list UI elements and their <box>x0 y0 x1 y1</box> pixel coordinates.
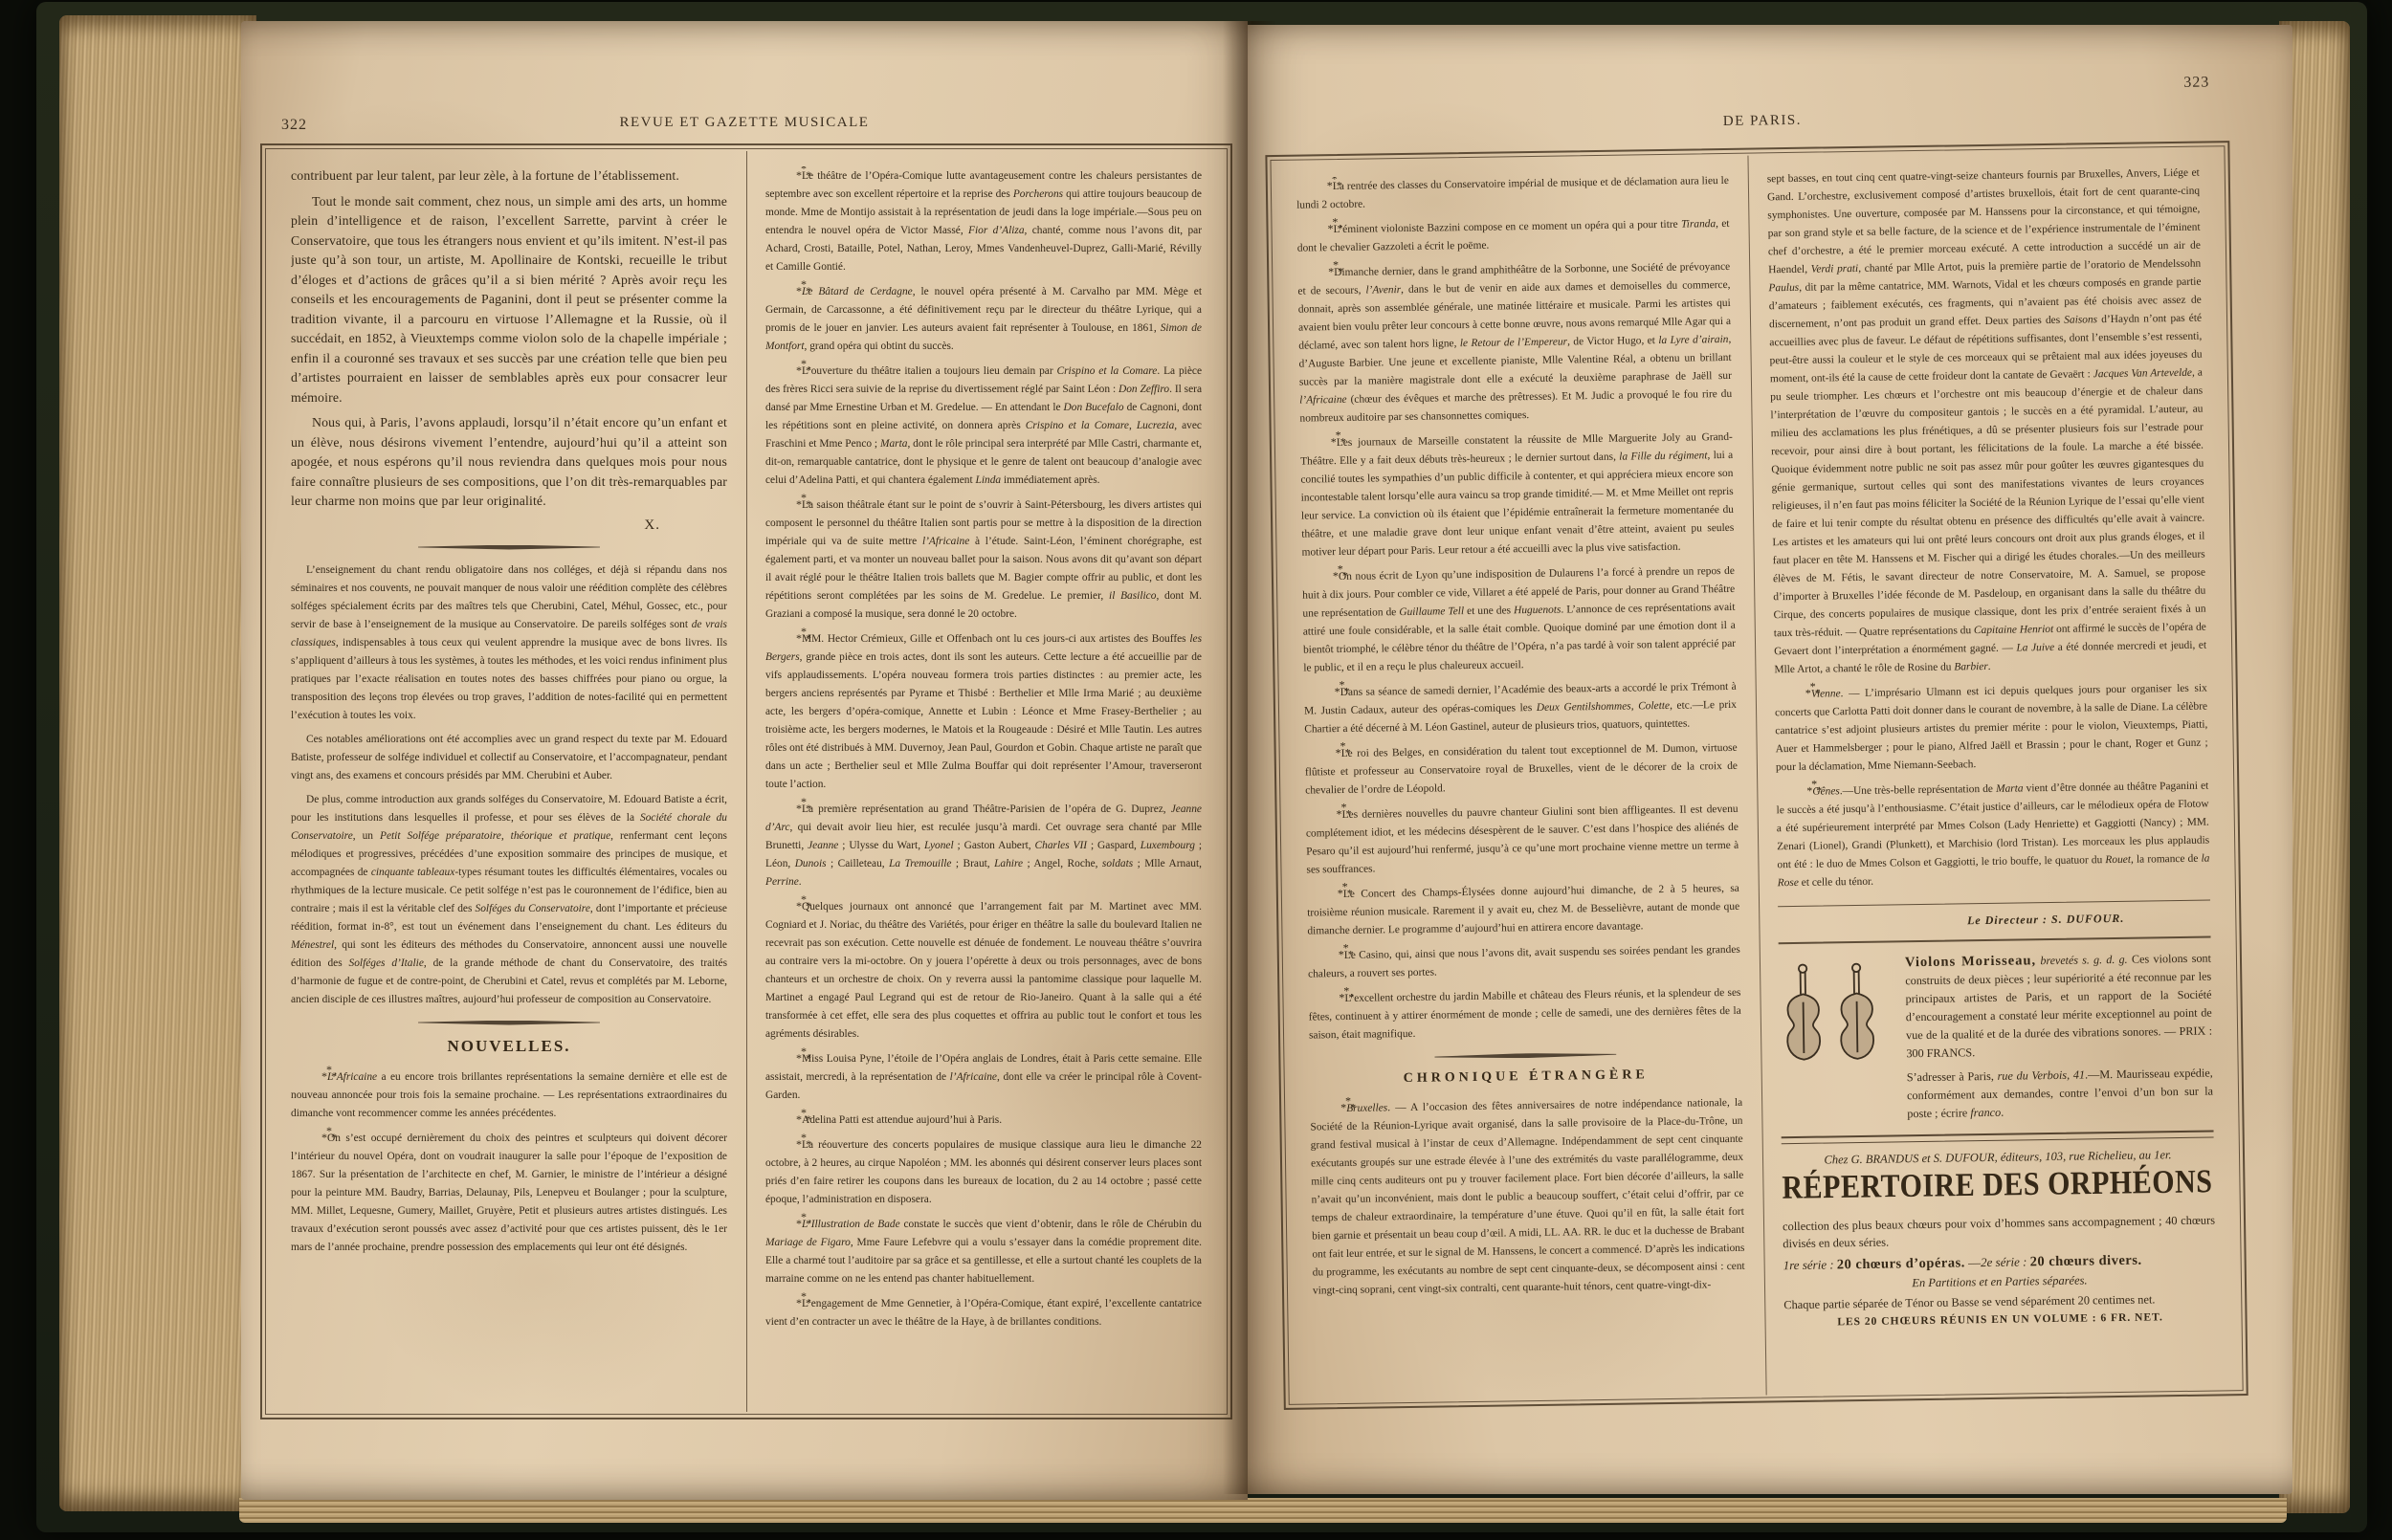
asterism-marker: *** <box>781 1294 797 1307</box>
asterism-marker: *** <box>306 1129 322 1141</box>
orpheons-title-row: RÉPERTOIRE DES ORPHÉONSet des Sociétés c… <box>1782 1165 2215 1214</box>
left-page-edges <box>59 15 256 1511</box>
paragraph: ***On s’est occupé dernièrement du choix… <box>291 1129 727 1257</box>
left-page-column-2: ***Le théâtre de l’Opéra-Comique lutte a… <box>765 166 1202 1397</box>
paragraph: ***L’engagement de Mme Gennetier, à l’Op… <box>765 1294 1202 1331</box>
paragraph: Nous qui, à Paris, l’avons applaudi, lor… <box>291 413 727 512</box>
paragraph: ***Adelina Patti est attendue aujourd’hu… <box>765 1111 1202 1130</box>
paragraph: ***Bruxelles. — A l’occasion des fêtes a… <box>1310 1093 1745 1301</box>
asterism-marker: *** <box>1790 685 1806 697</box>
divider-ornament <box>418 1021 600 1025</box>
asterism-marker: *** <box>781 629 797 642</box>
paragraph: ***Dans sa séance de samedi dernier, l’A… <box>1304 677 1738 739</box>
violin-illustration <box>1832 958 1882 1082</box>
photograph-of-open-journal: { "journal": { "left_page": { "page_numb… <box>0 0 2392 1540</box>
paragraph: ***L’ouverture du théâtre italien a touj… <box>765 362 1202 490</box>
paragraph: ***La saison théâtrale étant sur le poin… <box>765 495 1202 624</box>
asterism-marker: *** <box>1320 744 1337 757</box>
asterism-marker: *** <box>781 800 797 812</box>
bottom-page-edges <box>239 1498 2287 1523</box>
left-page-column-1: contribuent par leur talent, par leur zè… <box>291 166 727 1397</box>
asterism-marker: *** <box>781 1215 797 1227</box>
paragraph: ***Le Concert des Champs-Élysées donne a… <box>1307 879 1740 941</box>
text-frame-right: ***La rentrée des classes du Conservatoi… <box>1265 141 2248 1410</box>
section-heading: NOUVELLES. <box>291 1037 727 1056</box>
paragraph: ***Le roi des Belges, en considération d… <box>1305 738 1739 801</box>
paragraph: ***Miss Louisa Pyne, l’étoile de l’Opéra… <box>765 1049 1202 1105</box>
asterism-marker: *** <box>781 362 797 374</box>
asterism-marker: *** <box>781 282 797 295</box>
violins-morisseau-ad: Violons Morisseau, brevetés s. g. d. g. … <box>1779 948 2214 1126</box>
orpheons-volume-price: LES 20 CHŒURS RÉUNIS EN UN VOLUME : 6 FR… <box>1783 1310 2216 1329</box>
paragraph: sept basses, en tout cinq cent quatre-vi… <box>1767 165 2207 680</box>
page-number-right: 323 <box>2183 74 2209 91</box>
asterism-marker: *** <box>1791 782 1807 795</box>
paragraph: contribuent par leur talent, par leur zè… <box>291 166 727 187</box>
violins-ad-title: Violons Morisseau, brevetés s. g. d. g. <box>1905 953 2128 969</box>
violin-figures <box>1779 952 1894 1125</box>
divider-ornament <box>418 545 600 550</box>
asterism-marker: *** <box>1322 885 1339 897</box>
asterism-marker: *** <box>1325 1099 1341 1111</box>
violins-ad-body: Violons Morisseau, brevetés s. g. d. g. … <box>1905 950 2213 1064</box>
running-head-left: REVUE ET GAZETTE MUSICALE <box>241 115 1248 131</box>
paragraph: ***Le Bâtard de Cerdagne, le nouvel opér… <box>765 282 1202 356</box>
divider-ornament <box>1434 1052 1616 1060</box>
asterism-marker: *** <box>1319 683 1336 695</box>
asterism-marker: *** <box>781 1049 797 1062</box>
paragraph: ***Dimanche dernier, dans le grand amphi… <box>1297 257 1733 429</box>
paragraph: ***La première représentation au grand T… <box>765 800 1202 891</box>
asterism-marker: *** <box>1316 433 1332 446</box>
asterism-marker: *** <box>1313 263 1329 275</box>
left-page: 322 REVUE ET GAZETTE MUSICALE contribuen… <box>241 21 1248 1500</box>
paragraph: ***MM. Hector Crémieux, Gille et Offenba… <box>765 629 1202 794</box>
asterism-marker: *** <box>781 166 797 179</box>
paragraph: L’enseignement du chant rendu obligatoir… <box>291 561 727 725</box>
paragraph: ***Quelques journaux ont annoncé que l’a… <box>765 897 1202 1044</box>
paragraph: ***On nous écrit de Lyon qu’une indispos… <box>1302 561 1737 678</box>
paragraph: Tout le monde sait comment, chez nous, u… <box>291 192 727 408</box>
orpheons-series-line: 1re série : 20 chœurs d’opéras. —2e séri… <box>1783 1251 2216 1274</box>
paragraph: ***Gênes.—Une très-belle représentation … <box>1776 777 2210 893</box>
director-signature-line: Le Directeur : S. DUFOUR. <box>1778 900 2211 945</box>
paragraph: ***Les dernières nouvelles du pauvre cha… <box>1305 800 1739 880</box>
asterism-marker: *** <box>306 1067 322 1080</box>
right-page: 323 DE PARIS. ***La rentrée des classes … <box>1248 25 2292 1494</box>
paragraph: ***Vienne. — L’imprésario Ulmann est ici… <box>1775 679 2208 778</box>
asterism-marker: *** <box>1318 567 1334 580</box>
asterism-marker: *** <box>1312 220 1328 232</box>
asterism-marker: *** <box>1323 946 1340 958</box>
asterism-marker: *** <box>781 1135 797 1148</box>
right-page-tilted-content: 323 DE PARIS. ***La rentrée des classes … <box>1248 25 2292 1494</box>
paragraph: ***Le théâtre de l’Opéra-Comique lutte a… <box>765 166 1202 276</box>
horizontal-rule <box>1782 1131 2214 1145</box>
paragraph: ***La réouverture des concerts populaire… <box>765 1135 1202 1209</box>
paragraph: ***L’éminent violoniste Bazzini compose … <box>1296 214 1730 258</box>
orpheons-partitions-line: En Partitions et en Parties séparées. <box>1783 1271 2216 1292</box>
asterism-marker: *** <box>1323 989 1340 1001</box>
violin-illustration <box>1779 958 1828 1082</box>
paragraph: ***L’excellent orchestre du jardin Mabil… <box>1308 983 1741 1045</box>
orpheons-parts-price: Chaque partie séparée de Ténor ou Basse … <box>1783 1289 2216 1313</box>
right-page-column-1: ***La rentrée des classes du Conservatoi… <box>1296 171 1747 1387</box>
repertoire-orpheons-ad: Chez G. BRANDUS et S. DUFOUR, éditeurs, … <box>1782 1148 2217 1330</box>
paragraph: ***La rentrée des classes du Conservatoi… <box>1296 171 1730 215</box>
paragraph: Ces notables améliorations ont été accom… <box>291 731 727 785</box>
paragraph: ***L’Illustration de Bade constate le su… <box>765 1215 1202 1288</box>
asterism-marker: *** <box>781 897 797 910</box>
section-heading: CHRONIQUE ÉTRANGÈRE <box>1310 1067 1742 1089</box>
right-page-column-2: sept basses, en tout cinq cent quatre-vi… <box>1767 165 2218 1380</box>
paragraph: ***L’Africaine a eu encore trois brillan… <box>291 1067 727 1123</box>
author-signature: X. <box>291 517 727 534</box>
violins-ad-footer: S’adresser à Paris, rue du Verbois, 41.—… <box>1907 1065 2214 1124</box>
paragraph: De plus, comme introduction aux grands s… <box>291 791 727 1009</box>
violins-ad-text: Violons Morisseau, brevetés s. g. d. g. … <box>1905 948 2214 1124</box>
asterism-marker: *** <box>781 1111 797 1123</box>
asterism-marker: *** <box>781 495 797 508</box>
text-frame-left: contribuent par leur talent, par leur zè… <box>260 143 1232 1419</box>
orpheons-title: RÉPERTOIRE DES ORPHÉONS <box>1782 1166 2212 1205</box>
asterism-marker: *** <box>1312 177 1328 189</box>
paragraph: ***Le Casino, qui, ainsi que nous l’avon… <box>1308 940 1741 984</box>
asterism-marker: *** <box>1320 805 1337 818</box>
running-head-right: DE PARIS. <box>1248 105 2285 137</box>
paragraph: ***Les journaux de Marseille constatent … <box>1300 428 1735 562</box>
orpheons-body: collection des plus beaux chœurs pour vo… <box>1783 1211 2215 1252</box>
